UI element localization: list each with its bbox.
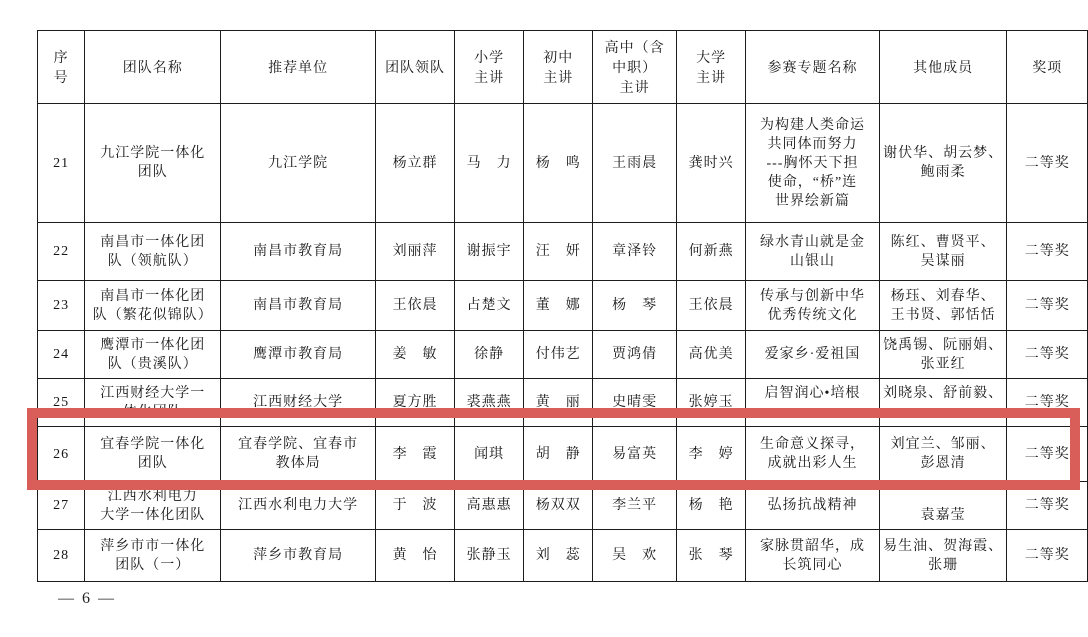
cell-award: 二等奖 <box>1007 530 1088 582</box>
col-header-unit: 推荐单位 <box>221 31 376 104</box>
cell-unit: 鹰潭市教育局 <box>221 331 376 379</box>
table-row-23: 23南昌市一体化团 队（繁花似锦队）南昌市教育局王依晨占楚文董 娜杨 琴王依晨传… <box>38 281 1088 331</box>
cell-team: 萍乡市市一体化 团队（一） <box>85 530 221 582</box>
table-row-22: 22南昌市一体化团 队（领航队）南昌市教育局刘丽萍谢振宇汪 妍章泽铃何新燕绿水青… <box>38 223 1088 281</box>
cell-unit: 江西财经大学 <box>221 379 376 427</box>
col-header-award: 奖项 <box>1007 31 1088 104</box>
col-header-topic: 参赛专题名称 <box>746 31 880 104</box>
table-row-25: 25江西财经大学一 体化团队江西财经大学夏方胜裘燕燕黄 丽史晴雯张婷玉启智润心•… <box>38 379 1088 427</box>
cell-topic: 爱家乡·爱祖国 <box>746 331 880 379</box>
cell-primary: 徐静 <box>455 331 524 379</box>
cell-award: 二等奖 <box>1007 331 1088 379</box>
cell-unit: 江西水利电力大学 <box>221 482 376 530</box>
cell-primary: 马 力 <box>455 104 524 223</box>
cell-award: 二等奖 <box>1007 482 1088 530</box>
cell-award: 二等奖 <box>1007 281 1088 331</box>
cell-senior: 王雨晨 <box>593 104 677 223</box>
cell-unit: 萍乡市教育局 <box>221 530 376 582</box>
cell-college: 高优美 <box>677 331 746 379</box>
cell-junior: 付伟艺 <box>524 331 593 379</box>
table-row-24: 24鹰潭市一体化团 队（贵溪队）鹰潭市教育局姜 敏徐静付伟艺贾鸿倩高优美爱家乡·… <box>38 331 1088 379</box>
cell-members: 易生油、贺海霞、 张珊 <box>879 530 1007 582</box>
cell-leader: 夏方胜 <box>376 379 455 427</box>
cell-no: 28 <box>38 530 85 582</box>
cell-leader: 黄 怡 <box>376 530 455 582</box>
cell-primary: 闻琪 <box>455 427 524 482</box>
cell-junior: 黄 丽 <box>524 379 593 427</box>
cell-college: 张婷玉 <box>677 379 746 427</box>
header-row: 序 号团队名称推荐单位团队领队小学 主讲初中 主讲高中（含 中职） 主讲大学 主… <box>38 31 1088 104</box>
cell-team: 南昌市一体化团 队（繁花似锦队） <box>85 281 221 331</box>
cell-unit: 九江学院 <box>221 104 376 223</box>
cell-team: 宜春学院一体化 团队 <box>85 427 221 482</box>
cell-junior: 杨双双 <box>524 482 593 530</box>
cell-senior: 章泽铃 <box>593 223 677 281</box>
cell-topic: 为构建人类命运 共同体而努力 ---胸怀天下担 使命，“桥”连 世界绘新篇 <box>746 104 880 223</box>
cell-unit: 南昌市教育局 <box>221 281 376 331</box>
cell-award: 二等奖 <box>1007 379 1088 427</box>
page-number: — 6 — <box>58 590 116 608</box>
cell-topic: 传承与创新中华 优秀传统文化 <box>746 281 880 331</box>
cell-topic: 弘扬抗战精神 <box>746 482 880 530</box>
cell-unit: 宜春学院、宜春市 教体局 <box>221 427 376 482</box>
cell-leader: 于 波 <box>376 482 455 530</box>
cell-members: 袁嘉莹 <box>879 482 1007 530</box>
col-header-college: 大学 主讲 <box>677 31 746 104</box>
cell-college: 杨 艳 <box>677 482 746 530</box>
cell-topic: 家脉贯韶华，成 长筑同心 <box>746 530 880 582</box>
table-row-21: 21九江学院一体化 团队九江学院杨立群马 力杨 鸣王雨晨龚时兴为构建人类命运 共… <box>38 104 1088 223</box>
cell-team: 南昌市一体化团 队（领航队） <box>85 223 221 281</box>
col-header-leader: 团队领队 <box>376 31 455 104</box>
cell-primary: 谢振宇 <box>455 223 524 281</box>
table-row-28: 28萍乡市市一体化 团队（一）萍乡市教育局黄 怡张静玉刘 蕊吴 欢张 琴家脉贯韶… <box>38 530 1088 582</box>
cell-senior: 李兰平 <box>593 482 677 530</box>
award-table: 序 号团队名称推荐单位团队领队小学 主讲初中 主讲高中（含 中职） 主讲大学 主… <box>37 30 1088 582</box>
cell-topic: 生命意义探寻， 成就出彩人生 <box>746 427 880 482</box>
cell-no: 22 <box>38 223 85 281</box>
col-header-no: 序 号 <box>38 31 85 104</box>
col-header-junior: 初中 主讲 <box>524 31 593 104</box>
cell-junior: 汪 妍 <box>524 223 593 281</box>
cell-senior: 易富英 <box>593 427 677 482</box>
table-row-26: 26宜春学院一体化 团队宜春学院、宜春市 教体局李 霞闻琪胡 静易富英李 婷生命… <box>38 427 1088 482</box>
cell-primary: 张静玉 <box>455 530 524 582</box>
cell-award: 二等奖 <box>1007 223 1088 281</box>
cell-no: 25 <box>38 379 85 427</box>
table-body: 21九江学院一体化 团队九江学院杨立群马 力杨 鸣王雨晨龚时兴为构建人类命运 共… <box>38 104 1088 582</box>
cell-college: 李 婷 <box>677 427 746 482</box>
cell-leader: 姜 敏 <box>376 331 455 379</box>
cell-senior: 吴 欢 <box>593 530 677 582</box>
cell-no: 24 <box>38 331 85 379</box>
cell-leader: 李 霞 <box>376 427 455 482</box>
cell-award: 二等奖 <box>1007 427 1088 482</box>
cell-team: 江西财经大学一 体化团队 <box>85 379 221 427</box>
cell-topic: 绿水青山就是金 山银山 <box>746 223 880 281</box>
cell-team: 九江学院一体化 团队 <box>85 104 221 223</box>
cell-college: 龚时兴 <box>677 104 746 223</box>
cell-leader: 刘丽萍 <box>376 223 455 281</box>
cell-college: 张 琴 <box>677 530 746 582</box>
col-header-primary: 小学 主讲 <box>455 31 524 104</box>
cell-primary: 占楚文 <box>455 281 524 331</box>
cell-unit: 南昌市教育局 <box>221 223 376 281</box>
cell-topic: 启智润心•培根 <box>746 379 880 427</box>
cell-junior: 刘 蕊 <box>524 530 593 582</box>
cell-members: 刘宜兰、邹丽、 彭恩清 <box>879 427 1007 482</box>
cell-college: 王依晨 <box>677 281 746 331</box>
cell-senior: 杨 琴 <box>593 281 677 331</box>
cell-senior: 史晴雯 <box>593 379 677 427</box>
cell-no: 23 <box>38 281 85 331</box>
cell-junior: 胡 静 <box>524 427 593 482</box>
cell-no: 27 <box>38 482 85 530</box>
cell-members: 杨珏、刘春华、 王书贤、郭恬恬 <box>879 281 1007 331</box>
cell-no: 21 <box>38 104 85 223</box>
col-header-members: 其他成员 <box>879 31 1007 104</box>
col-header-team: 团队名称 <box>85 31 221 104</box>
col-header-senior: 高中（含 中职） 主讲 <box>593 31 677 104</box>
cell-members: 饶禹锡、阮丽娟、 张亚红 <box>879 331 1007 379</box>
cell-team: 江西水利电力 大学一体化团队 <box>85 482 221 530</box>
cell-primary: 高惠惠 <box>455 482 524 530</box>
cell-team: 鹰潭市一体化团 队（贵溪队） <box>85 331 221 379</box>
cell-members: 陈红、曹贤平、 吴谋丽 <box>879 223 1007 281</box>
cell-leader: 王依晨 <box>376 281 455 331</box>
cell-junior: 杨 鸣 <box>524 104 593 223</box>
cell-junior: 董 娜 <box>524 281 593 331</box>
cell-no: 26 <box>38 427 85 482</box>
cell-senior: 贾鸿倩 <box>593 331 677 379</box>
cell-award: 二等奖 <box>1007 104 1088 223</box>
cell-college: 何新燕 <box>677 223 746 281</box>
cell-leader: 杨立群 <box>376 104 455 223</box>
cell-primary: 裘燕燕 <box>455 379 524 427</box>
table-row-27: 27江西水利电力 大学一体化团队江西水利电力大学于 波高惠惠杨双双李兰平杨 艳弘… <box>38 482 1088 530</box>
cell-members: 刘晓泉、舒前毅、 <box>879 379 1007 427</box>
cell-members: 谢伏华、胡云梦、 鲍雨柔 <box>879 104 1007 223</box>
